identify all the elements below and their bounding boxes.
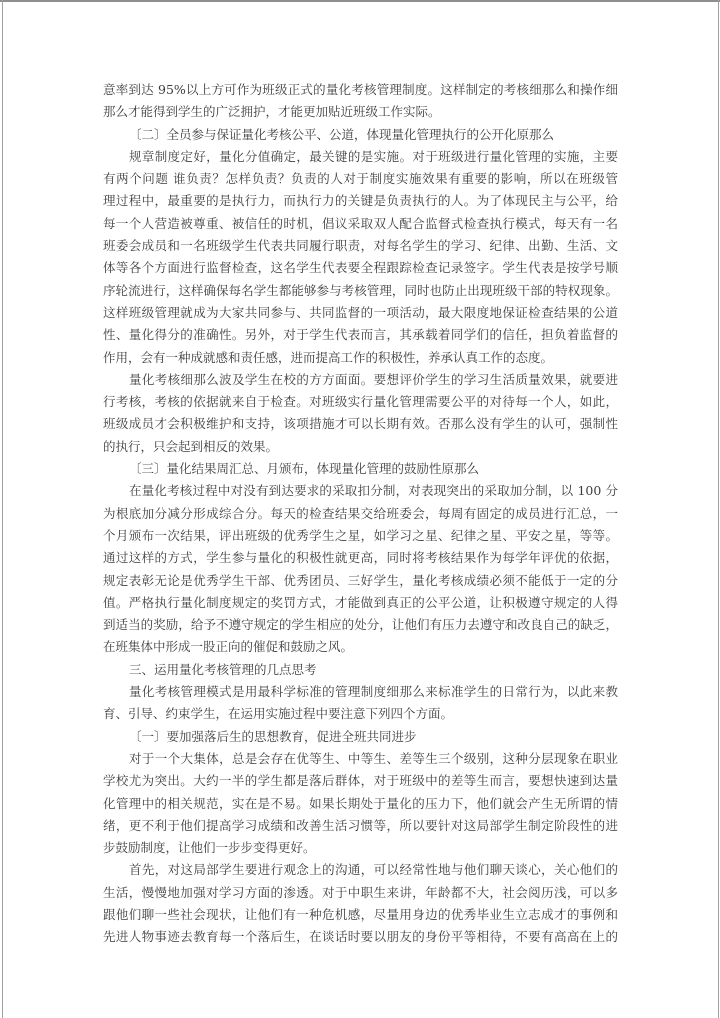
text-line: 意率到达 95%以上方可作为班级正式的量化考核管理制度。这样制定的考核细那么和操…: [103, 79, 618, 101]
text-line: 通过这样的方式，学生参与量化的积极性就更高，同时将考核结果作为每学年评优的依据，: [103, 547, 618, 569]
document-page: 意率到达 95%以上方可作为班级正式的量化考核管理制度。这样制定的考核细那么和操…: [0, 0, 720, 1018]
text-line: 的执行，只会起到相反的效果。: [103, 436, 618, 458]
text-line: 在量化考核过程中对没有到达要求的采取扣分制，对表现突出的采取加分制，以 100 …: [103, 480, 618, 502]
heading-line: 〔一〕要加强落后生的思想教育，促进全班共同进步: [103, 726, 618, 748]
text-line: 在班集体中形成一股正向的催促和鼓励之风。: [103, 636, 618, 658]
text-line: 量化考核管理模式是用最科学标准的管理制度细那么来标准学生的日常行为，以此来教: [103, 681, 618, 703]
text-line: 量化考核细那么波及学生在校的方方面面。要想评价学生的学习生活质量效果，就要进: [103, 369, 618, 391]
text-line: 学校尤为突出。大约一半的学生都是落后群体，对于班级中的差等生而言，要想快速到达量: [103, 770, 618, 792]
text-line: 值。严格执行量化制度规定的奖罚方式，才能做到真正的公平公道，让积极遵守规定的人得: [103, 592, 618, 614]
text-line: 为根底加分减分形成综合分。每天的检查结果交给班委会，每周有固定的成员进行汇总，一: [103, 503, 618, 525]
text-line: 行考核，考核的依据就来自于检查。对班级实行量化管理需要公平的对待每一个人，如此，: [103, 391, 618, 413]
text-line: 这样班级管理就成为大家共同参与、共同监督的一项活动，最大限度地保证检查结果的公道: [103, 302, 618, 324]
text-line: 先进人物事迹去教育每一个落后生，在谈话时要以朋友的身份平等相待，不要有高高在上的: [103, 926, 618, 948]
text-line: 个月颁布一次结果，评出班级的优秀学生之星，如学习之星、纪律之星、平安之星，等等。: [103, 525, 618, 547]
text-line: 首先，对这局部学生要进行观念上的沟通，可以经常性地与他们聊天谈心，关心他们的: [103, 859, 618, 881]
text-line: 理过程中，最重要的是执行力，而执行力的关键是负责执行的人。为了体现民主与公平，给: [103, 190, 618, 212]
text-line: 化管理中的相关规范，实在是不易。如果长期处于量化的压力下，他们就会产生无所谓的情: [103, 793, 618, 815]
heading-line: 三、运用量化考核管理的几点思考: [103, 659, 618, 681]
text-line: 每一个人营造被尊重、被信任的时机，倡议采取双人配合监督式检查执行模式，每天有一名: [103, 213, 618, 235]
text-line: 序轮流进行，这样确保每名学生都能够参与考核管理，同时也防止出现班级干部的特权现象…: [103, 280, 618, 302]
text-line: 体等各个方面进行监督检查，这名学生代表要全程跟踪检查记录签字。学生代表是按学号顺: [103, 257, 618, 279]
text-line: 跟他们聊一些社会现状，让他们有一种危机感，尽量用身边的优秀毕业生立志成才的事例和: [103, 904, 618, 926]
page-border-left: [2, 0, 3, 1018]
text-line: 生活，慢慢地加强对学习方面的渗透。对于中职生来讲，年龄都不大，社会阅历浅，可以多: [103, 882, 618, 904]
page-border-right: [718, 0, 719, 1018]
text-line: 有两个问题 谁负责？怎样负责？负责的人对于制度实施效果有重要的影响，所以在班级管: [103, 168, 618, 190]
text-line: 绪，更不利于他们提高学习成绩和改善生活习惯等，所以要针对这局部学生制定阶段性的进: [103, 815, 618, 837]
heading-line: 〔三〕量化结果周汇总、月颁布，体现量化管理的鼓励性原那么: [103, 458, 618, 480]
text-line: 班委会成员和一名班级学生代表共同履行职责，对每名学生的学习、纪律、出勤、生活、文: [103, 235, 618, 257]
page-border-top: [0, 0, 720, 2]
text-line: 到适当的奖励，给予不遵守规定的学生相应的处分，让他们有压力去遵守和改良自己的缺乏…: [103, 614, 618, 636]
heading-line: 〔二〕全员参与保证量化考核公平、公道，体现量化管理执行的公开化原那么: [103, 124, 618, 146]
text-line: 规定表彰无论是优秀学生干部、优秀团员、三好学生，量化考核成绩必须不能低于一定的分: [103, 570, 618, 592]
text-line: 对于一个大集体，总是会存在优等生、中等生、差等生三个级别，这种分层现象在职业: [103, 748, 618, 770]
text-line: 育、引导、约束学生，在运用实施过程中要注意下列四个方面。: [103, 703, 618, 725]
text-line: 那么才能得到学生的广泛拥护，才能更加贴近班级工作实际。: [103, 101, 618, 123]
text-line: 步鼓励制度，让他们一步步变得更好。: [103, 837, 618, 859]
text-line: 班级成员才会积极维护和支持，该项措施才可以长期有效。否那么没有学生的认可，强制性: [103, 413, 618, 435]
text-line: 性、量化得分的准确性。另外，对于学生代表而言，其承载着同学们的信任，担负着监督的: [103, 324, 618, 346]
document-body: 意率到达 95%以上方可作为班级正式的量化考核管理制度。这样制定的考核细那么和操…: [103, 79, 618, 949]
text-line: 作用，会有一种成就感和责任感，进而提高工作的积极性，养承认真工作的态度。: [103, 347, 618, 369]
text-line: 规章制度定好，量化分值确定，最关键的是实施。对于班级进行量化管理的实施，主要: [103, 146, 618, 168]
